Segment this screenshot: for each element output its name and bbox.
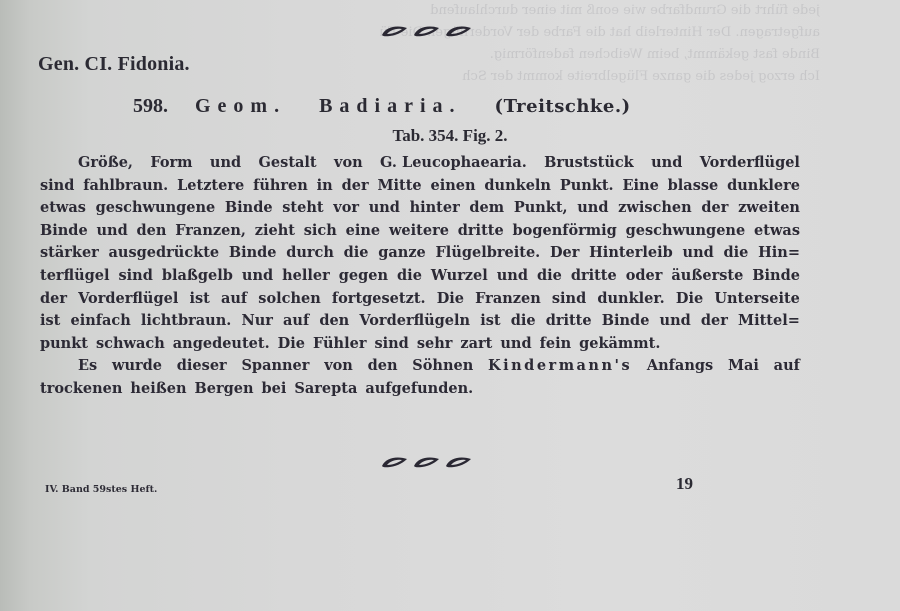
species-author: (Treitschke.) (495, 96, 631, 117)
word: ganze (378, 242, 426, 265)
word: die (537, 265, 562, 288)
word: aufgefunden. (365, 378, 473, 401)
scanned-book-page: jede führt die Grundfarbe wie eonß mit e… (0, 0, 900, 611)
word: dritte (458, 220, 504, 243)
word: etwas (754, 220, 800, 243)
text-line: ist einfach lichtbraun. Nur auf den Vord… (40, 310, 800, 333)
word: und (242, 265, 273, 288)
word: Binde (752, 265, 800, 288)
word: die (397, 265, 422, 288)
word: lichtbraun. (141, 310, 231, 333)
word: Mai (728, 355, 759, 378)
signature-mark: IV. Band 59stes Heft. (45, 484, 157, 495)
word: gekämmt. (579, 333, 660, 356)
word: Sarepta (294, 378, 357, 401)
word: Fühler (313, 333, 367, 356)
text-line: terflügel sind blaßgelb und heller gegen… (40, 265, 800, 288)
word: Binde (229, 242, 277, 265)
word: dunklere (727, 175, 800, 198)
word: terflügel (40, 265, 110, 288)
bleed-line: Ich erzog jedes die ganze Flügelbreite k… (380, 66, 820, 88)
word: sich (304, 220, 337, 243)
text-line: Größe, Form und Gestalt von G. Leucophae… (40, 152, 800, 175)
word: und (651, 152, 682, 175)
word: heißen (130, 378, 186, 401)
species-heading: 598. Geom. Badiaria. (Treitschke.) (133, 95, 631, 118)
word: auf (774, 355, 800, 378)
word: Die (676, 288, 703, 311)
word: der (701, 197, 728, 220)
genus-heading: Gen. CI. Fidonia. (38, 53, 190, 76)
word: blaßgelb (162, 265, 233, 288)
word: eine (346, 220, 381, 243)
word: stärker (40, 242, 99, 265)
word: oder (626, 265, 663, 288)
text-line: punkt schwach angedeutet. Die Fühler sin… (40, 333, 800, 356)
word: durch (286, 242, 334, 265)
word: Größe, (78, 152, 133, 175)
word: einen (431, 175, 476, 198)
ornament-flourish-icon (380, 24, 474, 38)
word: ist (40, 310, 60, 333)
word: dem (469, 197, 504, 220)
bleed-line: Binde fast gekämmt, beim Weibchen fadenf… (380, 44, 820, 66)
word: Form (150, 152, 192, 175)
word: etwas (40, 197, 86, 220)
word: sind (374, 333, 408, 356)
word: blasse (668, 175, 719, 198)
word: einfach (71, 310, 131, 333)
word: Vorderflügel (700, 152, 800, 175)
word: Es (78, 355, 97, 378)
word: wurde (112, 355, 162, 378)
word: Bergen (194, 378, 253, 401)
word: Vorderflügel (78, 288, 178, 311)
word: dritte (571, 265, 617, 288)
word: Nur (241, 310, 272, 333)
species-name: Badiaria. (319, 95, 461, 117)
plate-reference: Tab. 354. Fig. 2. (0, 126, 900, 146)
text-line: trockenen heißen Bergen bei Sarepta aufg… (40, 378, 800, 401)
word: auf (283, 310, 309, 333)
word: Spanner (241, 355, 309, 378)
word: Punkt, (514, 197, 568, 220)
word: in (317, 175, 333, 198)
word: und (369, 197, 400, 220)
word: und (497, 265, 528, 288)
word: Hin= (758, 242, 800, 265)
text-line: stärker ausgedrückte Binde durch die gan… (40, 242, 800, 265)
word: Anfangs (647, 355, 713, 378)
word: der (701, 310, 728, 333)
word: hinter (410, 197, 460, 220)
word: solchen (258, 288, 320, 311)
description-paragraph: Größe, Form und Gestalt von G. Leucophae… (40, 152, 800, 401)
word: Mittel= (738, 310, 800, 333)
word: zieht (255, 220, 295, 243)
word: und (683, 242, 714, 265)
word: ist (189, 288, 209, 311)
word: fahlbraun. (83, 175, 168, 198)
word: bogenförmig (513, 220, 617, 243)
word: Franzen, (175, 220, 246, 243)
text-line: etwas geschwungene Binde steht vor und h… (40, 197, 800, 220)
word: Binde (602, 310, 650, 333)
word: und (660, 310, 691, 333)
bleed-line: jede führt die Grundfarbe wie eonß mit e… (380, 0, 820, 22)
word: Wurzel (431, 265, 488, 288)
word: Unterseite (714, 288, 800, 311)
word: dunkler. (597, 288, 664, 311)
word: Flügelbreite. (436, 242, 541, 265)
word: Letztere (177, 175, 244, 198)
word: ausgedrückte (109, 242, 220, 265)
word: auf (221, 288, 247, 311)
word: bei (262, 378, 287, 401)
word: und (500, 333, 531, 356)
word: angedeutet. (173, 333, 270, 356)
word: geschwungene (626, 220, 746, 243)
word: Punkt. (560, 175, 614, 198)
word: den (368, 355, 398, 378)
plate-reference-text: Tab. 354. Fig. 2. (392, 126, 507, 146)
word: fein (540, 333, 572, 356)
word: dritte (546, 310, 592, 333)
word: steht (282, 197, 323, 220)
word: Mitte (377, 175, 421, 198)
word: zart (460, 333, 492, 356)
word: führen (253, 175, 308, 198)
word: geschwungene (96, 197, 216, 220)
word: zweiten (738, 197, 800, 220)
word: vor (333, 197, 359, 220)
ornament-flourish-icon (380, 455, 474, 469)
text-line: Binde und den Franzen, zieht sich eine w… (40, 220, 800, 243)
word: Gestalt (259, 152, 317, 175)
word: Die (437, 288, 464, 311)
text-line: sind fahlbraun. Letztere führen in der M… (40, 175, 800, 198)
word: sind (552, 288, 586, 311)
word: und (96, 220, 127, 243)
word: G. Leucophaearia. (380, 152, 527, 175)
word: die (511, 310, 536, 333)
word: punkt (40, 333, 88, 356)
word: Eine (622, 175, 658, 198)
word: fortgesetzt. (332, 288, 426, 311)
word: Franzen (475, 288, 541, 311)
species-number: 598. (133, 95, 168, 117)
word: heller (282, 265, 330, 288)
word: Binde (40, 220, 88, 243)
word: Die (278, 333, 305, 356)
word: und (210, 152, 241, 175)
page-number: 19 (676, 474, 693, 494)
word: der (40, 288, 67, 311)
word: trockenen (40, 378, 122, 401)
word: Hinterleib (589, 242, 673, 265)
text-line: der Vorderflügel ist auf solchen fortges… (40, 288, 800, 311)
word: sind (119, 265, 153, 288)
word: schwach (96, 333, 165, 356)
word: den (137, 220, 167, 243)
word: äußerste (671, 265, 743, 288)
word: Kindermann's (488, 355, 632, 378)
species-genus-abbrev: Geom. (195, 95, 286, 117)
word: sind (40, 175, 74, 198)
word: Binde (225, 197, 273, 220)
word: ist (480, 310, 500, 333)
word: gegen (339, 265, 388, 288)
word: dieser (177, 355, 227, 378)
word: Söhnen (412, 355, 473, 378)
word: der (342, 175, 369, 198)
word: dunkeln (484, 175, 551, 198)
word: zwischen (618, 197, 692, 220)
word: die (723, 242, 748, 265)
word: den (319, 310, 349, 333)
word: Vorderflügeln (359, 310, 470, 333)
word: weitere (389, 220, 449, 243)
word: Bruststück (544, 152, 634, 175)
word: von (334, 152, 363, 175)
word: und (577, 197, 608, 220)
word: von (324, 355, 353, 378)
word: die (344, 242, 369, 265)
word: Der (550, 242, 579, 265)
text-line: Es wurde dieser Spanner von den Söhnen K… (40, 355, 800, 378)
word: sehr (417, 333, 453, 356)
